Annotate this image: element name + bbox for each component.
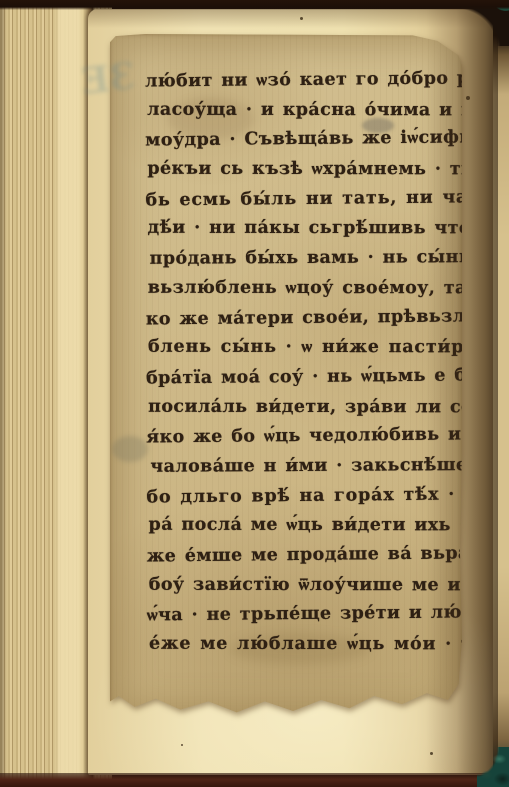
text-line: бо дльго врѣ́ на гора́х тѣ́х · того́	[146, 480, 458, 513]
marbled-cover-corner	[477, 747, 509, 787]
ink-show-through: ЗЕ	[80, 55, 138, 103]
text-line: чалова́ше н и́ми · закьснѣ́ше	[150, 451, 462, 482]
text-line: вьзлю́блень ѡцоу́ свое́моу, та	[148, 274, 460, 304]
paper-speck	[430, 752, 433, 755]
manuscript-leaf: лю́бит ни ѡзо́ кает го до́бро рѡ ласоу́щ…	[110, 34, 462, 722]
text-line: ре́къи сь къзѣ ѡхра́мнемь · ти ра́	[147, 155, 459, 185]
text-line: же е́мше ме прода́ше ва́ вьра	[147, 540, 459, 573]
text-line: ра́ посла́ ме ѡ́ць ви́дети ихь · о́ни	[149, 511, 461, 541]
text-line: ко же ма́тери свое́и, прѣвьзлю́	[146, 302, 458, 335]
manuscript-photo: лю́бит ни ѡзо́ кает го до́бро рѡ ласоу́щ…	[0, 0, 509, 787]
paper-speck	[300, 17, 303, 20]
paper-speck	[181, 744, 183, 746]
text-line: блень сы́нь · ѡ ни́же пасти́рїе	[148, 333, 460, 363]
manuscript-leaf-wrap: лю́бит ни ѡзо́ кает го до́бро рѡ ласоу́щ…	[110, 34, 462, 722]
text-line: бра́тїа моа́ соу́ · нь ѡ́цьмь е бѣ	[146, 361, 458, 394]
text-line: боу́ зави́стїю ѿлоу́чише ме и	[149, 570, 461, 600]
text-line: посила́ль ви́дети, зра́ви ли соу́	[148, 392, 460, 422]
text-line: дѣ́и · ни па́кы сьгрѣ́шивь что́	[148, 214, 460, 244]
paper-speck	[466, 96, 470, 100]
binding-edge-bottom	[0, 773, 509, 787]
text-line: бь есмь бы́ль ни тать, ни чаро́	[145, 183, 457, 216]
text-line: лю́бит ни ѡзо́ кает го до́бро рѡ	[145, 65, 457, 98]
text-line: я́ко же бо ѡ́ць чедолю́бивь и пе	[146, 421, 458, 454]
text-line: ласоу́ща · и кра́сна о́чима и прѣ	[147, 95, 459, 125]
handwritten-text-block: лю́бит ни ѡзо́ кает го до́бро рѡ ласоу́щ…	[145, 65, 459, 660]
binding-edge-top	[0, 0, 509, 10]
text-line: ѡ́ча · не трьпе́ще зре́ти и лю́бѡ	[147, 599, 459, 632]
text-line: про́дань бы́хь вамь · нь сы́нь бѣ	[150, 243, 462, 274]
gutter-spine-strip	[493, 0, 509, 787]
text-line: моу́дра · Съвѣща́вь же іѡ́сифь	[145, 124, 457, 157]
text-line: е́же ме лю́блаше ѡ́ць мо́и · тро́	[149, 630, 461, 660]
paper-smudge	[112, 436, 148, 462]
